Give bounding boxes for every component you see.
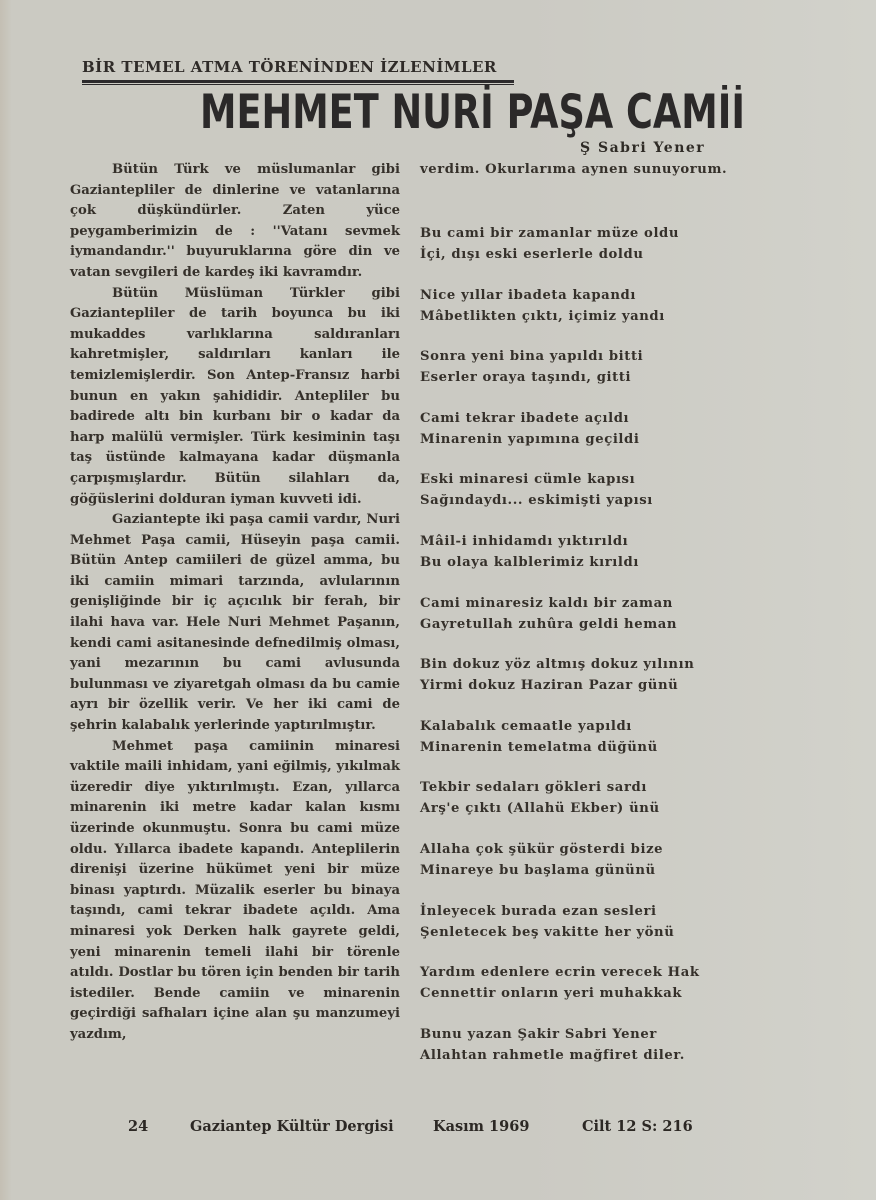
poem-stanza: Cami minaresiz kaldı bir zaman Gayretull… <box>420 593 750 635</box>
poem-line: Sonra yeni bina yapıldı bitti <box>420 346 750 367</box>
poem-line: Allaha çok şükür gösterdi bize <box>420 839 750 860</box>
poem-line: Cami tekrar ibadete açıldı <box>420 408 750 429</box>
poem-line: Eski minaresi cümle kapısı <box>420 469 750 490</box>
poem-stanza: Sonra yeni bina yapıldı bitti Eserler or… <box>420 346 750 388</box>
poem-line: Yardım edenlere ecrin verecek Hak <box>420 962 750 983</box>
poem-stanza: Bu cami bir zamanlar müze oldu İçi, dışı… <box>420 223 750 265</box>
article-headline: MEHMET NURİ PAŞA CAMİİ <box>200 84 745 142</box>
poem-stanza: Tekbir sedaları gökleri sardı Arş'e çıkt… <box>420 777 750 819</box>
poem-stanza: Bin dokuz yöz altmış dokuz yılının Yirmi… <box>420 654 750 696</box>
poem-line: Bin dokuz yöz altmış dokuz yılının <box>420 654 750 675</box>
poem-line: Cennettir onların yeri muhakkak <box>420 983 750 1004</box>
poem-line: Bunu yazan Şakir Sabri Yener <box>420 1024 750 1045</box>
poem-line: Mâil-i inhidamdı yıktırıldı <box>420 531 750 552</box>
right-column-intro: verdim. Okurlarıma aynen sunuyorum. <box>420 162 727 177</box>
paragraph: Bütün Türk ve müslumanlar gibi Gaziantep… <box>70 160 400 284</box>
poem-stanza: Eski minaresi cümle kapısı Sağındaydı...… <box>420 469 750 511</box>
poem-line: Mâbetlikten çıktı, içimiz yandı <box>420 306 750 327</box>
poem-stanza: Allaha çok şükür gösterdi bize Minareye … <box>420 839 750 881</box>
magazine-page: BİR TEMEL ATMA TÖRENİNDEN İZLENİMLER MEH… <box>0 0 876 1200</box>
poem-line: Bu olaya kalblerimiz kırıldı <box>420 552 750 573</box>
poem-line: Eserler oraya taşındı, gitti <box>420 367 750 388</box>
paragraph: Gaziantepte iki paşa camii vardır, Nuri … <box>70 510 400 737</box>
poem-line: Allahtan rahmetle mağfiret diler. <box>420 1045 750 1066</box>
poem-stanza: Kalabalık cemaatle yapıldı Minarenin tem… <box>420 716 750 758</box>
poem-stanza: Mâil-i inhidamdı yıktırıldı Bu olaya kal… <box>420 531 750 573</box>
poem-line: Sağındaydı... eskimişti yapısı <box>420 490 750 511</box>
poem-line: İnleyecek burada ezan sesleri <box>420 901 750 922</box>
poem-stanza: Bunu yazan Şakir Sabri Yener Allahtan ra… <box>420 1024 750 1066</box>
paragraph: Mehmet paşa camiinin minaresi vaktile ma… <box>70 737 400 1046</box>
poem-line: Şenletecek beş vakitte her yönü <box>420 922 750 943</box>
poem-stanza: İnleyecek burada ezan sesleri Şenletecek… <box>420 901 750 943</box>
poem-line: Minareye bu başlama gününü <box>420 860 750 881</box>
poem-line: Bu cami bir zamanlar müze oldu <box>420 223 750 244</box>
poem-line: Arş'e çıktı (Allahü Ekber) ünü <box>420 798 750 819</box>
left-text-column: Bütün Türk ve müslumanlar gibi Gaziantep… <box>70 160 400 1046</box>
poem-line: Tekbir sedaları gökleri sardı <box>420 777 750 798</box>
poem-line: Minarenin yapımına geçildi <box>420 429 750 450</box>
poem-line: İçi, dışı eski eserlerle doldu <box>420 244 750 265</box>
paragraph: Bütün Müslüman Türkler gibi Gazianteplil… <box>70 284 400 511</box>
poem-line: Minarenin temelatma düğünü <box>420 737 750 758</box>
poem-line: Cami minaresiz kaldı bir zaman <box>420 593 750 614</box>
poem-line: Kalabalık cemaatle yapıldı <box>420 716 750 737</box>
poem-line: Gayretullah zuhûra geldi heman <box>420 614 750 635</box>
page-number: 24 <box>128 1118 148 1135</box>
issue-date: Kasım 1969 <box>433 1118 529 1135</box>
publication-name: Gaziantep Kültür Dergisi <box>190 1118 394 1135</box>
poem-line: Nice yıllar ibadeta kapandı <box>420 285 750 306</box>
article-kicker: BİR TEMEL ATMA TÖRENİNDEN İZLENİMLER <box>82 58 497 76</box>
poem: Bu cami bir zamanlar müze oldu İçi, dışı… <box>420 223 750 1085</box>
poem-stanza: Yardım edenlere ecrin verecek Hak Cennet… <box>420 962 750 1004</box>
poem-stanza: Cami tekrar ibadete açıldı Minarenin yap… <box>420 408 750 450</box>
volume-issue: Cilt 12 S: 216 <box>582 1118 693 1135</box>
article-byline: Ş Sabri Yener <box>580 140 705 156</box>
poem-line: Yirmi dokuz Haziran Pazar günü <box>420 675 750 696</box>
poem-stanza: Nice yıllar ibadeta kapandı Mâbetlikten … <box>420 285 750 327</box>
